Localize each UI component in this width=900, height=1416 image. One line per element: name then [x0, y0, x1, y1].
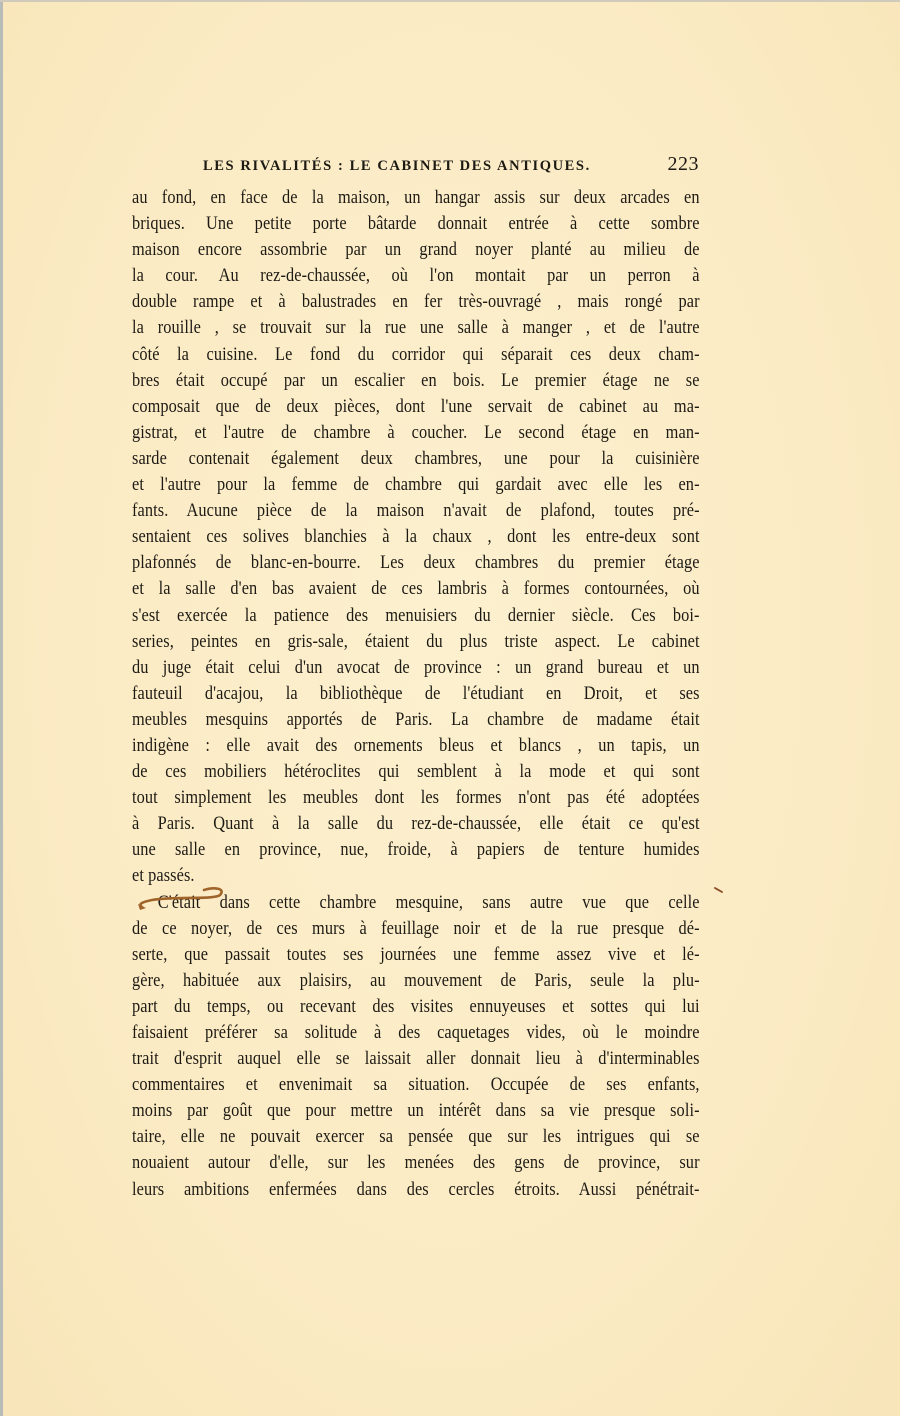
- text-line: et la salle d'en bas avaient de ces lamb…: [132, 576, 700, 602]
- text-line: leurs ambitions enfermées dans des cercl…: [132, 1177, 700, 1203]
- text-line: part du temps, ou recevant des visites e…: [132, 994, 700, 1020]
- text-line: composait que de deux pièces, dont l'une…: [132, 394, 700, 420]
- scan-edge-left: [0, 0, 3, 1416]
- text-line: briques. Une petite porte bâtarde donnai…: [132, 211, 700, 237]
- text-line: moins par goût que pour mettre un intérê…: [132, 1098, 700, 1124]
- body-text: au fond, en face de la maison, un hangar…: [132, 185, 700, 1203]
- running-title: LES RIVALITÉS : LE CABINET DES ANTIQUES.: [203, 158, 591, 175]
- text-line: au fond, en face de la maison, un hangar…: [132, 185, 700, 211]
- text-line: fauteuil d'acajou, la bibliothèque de l'…: [132, 681, 700, 707]
- text-line: trait d'esprit auquel elle se laissait a…: [132, 1046, 700, 1072]
- text-line: de ce noyer, de ces murs à feuillage noi…: [132, 916, 700, 942]
- text-line: une salle en province, nue, froide, à pa…: [132, 837, 700, 863]
- text-line: tout simplement les meubles dont les for…: [132, 785, 700, 811]
- text-line: de ces mobiliers hétéroclites qui semble…: [132, 759, 700, 785]
- text-line: nouaient autour d'elle, sur les menées d…: [132, 1150, 700, 1176]
- book-page: LES RIVALITÉS : LE CABINET DES ANTIQUES.…: [0, 0, 900, 1416]
- text-line: sentaient ces solives blanchies à la cha…: [132, 524, 700, 550]
- text-line: meubles mesquins apportés de Paris. La c…: [132, 707, 700, 733]
- text-line: sarde contenait également deux chambres,…: [132, 446, 700, 472]
- text-line: la rouille , se trouvait sur la rue une …: [132, 315, 700, 341]
- text-line: bres était occupé par un escalier en boi…: [132, 368, 700, 394]
- text-line: series, peintes en gris-sale, étaient du…: [132, 629, 700, 655]
- running-header: LES RIVALITÉS : LE CABINET DES ANTIQUES.…: [203, 153, 699, 181]
- text-line: la cour. Au rez-de-chaussée, où l'on mon…: [132, 263, 700, 289]
- text-line: serte, que passait toutes ses journées u…: [132, 942, 700, 968]
- text-line: du juge était celui d'un avocat de provi…: [132, 655, 700, 681]
- paragraph-end-line: et passés.: [132, 863, 700, 889]
- text-line: et l'autre pour la femme de chambre qui …: [132, 472, 700, 498]
- text-line: maison encore assombrie par un grand noy…: [132, 237, 700, 263]
- text-line: commentaires et envenimait sa situation.…: [132, 1072, 700, 1098]
- margin-tick-icon: [714, 887, 724, 893]
- text-line: gistrat, et l'autre de chambre à coucher…: [132, 420, 700, 446]
- text-line: s'est exercée la patience des menuisiers…: [132, 603, 700, 629]
- text-line: faisaient préférer sa solitude à des caq…: [132, 1020, 700, 1046]
- text-line: fants. Aucune pièce de la maison n'avait…: [132, 498, 700, 524]
- text-line: taire, elle ne pouvait exercer sa pensée…: [132, 1124, 700, 1150]
- text-line: indigène : elle avait des ornements bleu…: [132, 733, 700, 759]
- page-number: 223: [668, 153, 700, 176]
- text-line: à Paris. Quant à la salle du rez-de-chau…: [132, 811, 700, 837]
- text-line: côté la cuisine. Le fond du corridor qui…: [132, 342, 700, 368]
- text-line: plafonnés de blanc-en-bourre. Les deux c…: [132, 550, 700, 576]
- paragraph-start-line: C'était dans cette chambre mesquine, san…: [132, 890, 700, 916]
- text-line: double rampe et à balustrades en fer trè…: [132, 289, 700, 315]
- scan-edge-top: [0, 0, 900, 2]
- text-line: gère, habituée aux plaisirs, au mouvemen…: [132, 968, 700, 994]
